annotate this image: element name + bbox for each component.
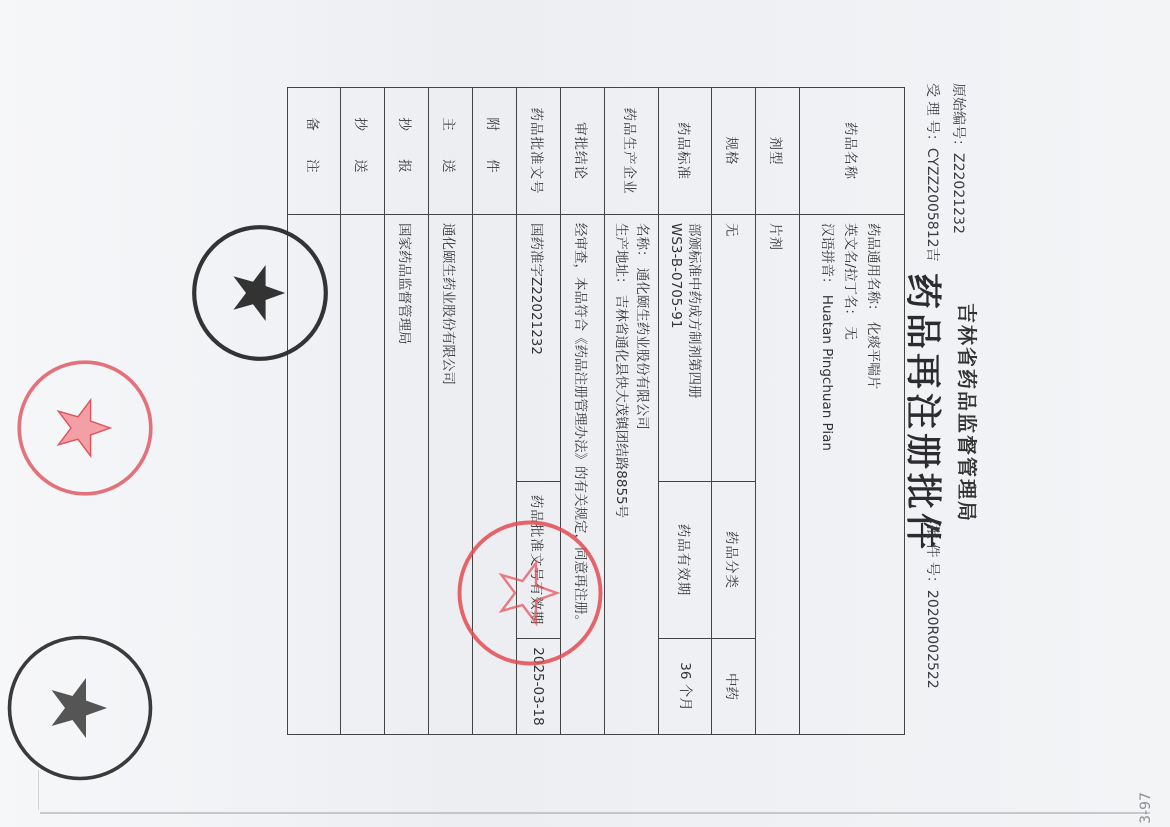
seal-star-icon xyxy=(455,518,605,668)
dosage-form-value: 片剂 xyxy=(756,215,800,735)
handwritten-margin-note: 3-97 xyxy=(1138,792,1154,824)
conclusion-label: 审批结论 xyxy=(561,88,605,215)
specification-label: 规格 xyxy=(712,88,756,215)
approval-doc-value: 国药准字Z22021232 xyxy=(517,215,561,482)
registration-approval-document: 吉林省药品监督管理局 药品再注册批件 原始编号：Z22021232 受 理 号：… xyxy=(135,63,1035,763)
approval-doc-label: 药品批准文号 xyxy=(517,88,561,215)
standard-value: 部颁标准中药成方制剂第四册 WS3-B-0705-91 xyxy=(659,215,712,482)
table-row-standard: 药品标准 部颁标准中药成方制剂第四册 WS3-B-0705-91 药品有效期 3… xyxy=(659,88,712,735)
table-row-report-to: 抄 报 国家药品监督管理局 xyxy=(385,88,429,735)
seal-star-icon-red xyxy=(15,358,155,498)
red-seal-company-2 xyxy=(455,518,605,668)
manufacturer-values: 名称： 通化颐生药业股份有限公司 生产地址： 吉林省通化县快大茂镇团结路8855… xyxy=(605,215,659,735)
table-row-dosage-form: 剂型 片剂 xyxy=(756,88,800,735)
black-seal-company xyxy=(190,223,330,363)
original-number: 原始编号：Z22021232 xyxy=(949,83,969,234)
table-row-copy-to: 抄 送 xyxy=(341,88,385,735)
scan-edge-line xyxy=(40,812,1150,814)
agency-approval-seal xyxy=(5,633,155,783)
main-recipient-label: 主 送 xyxy=(429,88,473,215)
category-label: 药品分类 xyxy=(712,482,756,639)
specification-value: 无 xyxy=(712,215,756,482)
attachment-label: 附 件 xyxy=(473,88,517,215)
table-row-manufacturer: 药品生产企业 名称： 通化颐生药业股份有限公司 生产地址： 吉林省通化县快大茂镇… xyxy=(605,88,659,735)
validity-label: 药品有效期 xyxy=(659,482,712,639)
drug-name-values: 药品通用名称： 化痰平喘片 英文名/拉丁名： 无 汉语拼音： Huatan Pi… xyxy=(800,215,905,735)
english-name: 英文名/拉丁名： 无 xyxy=(842,223,862,726)
category-value: 中药 xyxy=(712,639,756,735)
manufacturer-label: 药品生产企业 xyxy=(605,88,659,215)
dosage-form-label: 剂型 xyxy=(756,88,800,215)
report-to-value: 国家药品监督管理局 xyxy=(385,215,429,735)
table-row-specification: 规格 无 药品分类 中药 xyxy=(712,88,756,735)
generic-name: 药品通用名称： 化痰平喘片 xyxy=(865,223,885,726)
manufacturer-address: 生产地址： 吉林省通化县快大茂镇团结路8855号 xyxy=(612,223,630,726)
standard-label: 药品标准 xyxy=(659,88,712,215)
copy-to-value xyxy=(341,215,385,735)
manufacturer-name: 名称： 通化颐生药业股份有限公司 xyxy=(633,223,651,726)
acceptance-number: 受 理 号：CYZZ2005812吉 xyxy=(923,83,943,262)
remarks-label: 备 注 xyxy=(288,88,341,215)
table-row-drug-name: 药品名称 药品通用名称： 化痰平喘片 英文名/拉丁名： 无 汉语拼音： Huat… xyxy=(800,88,905,735)
pinyin-name: 汉语拼音： Huatan Pingchuan Pian xyxy=(819,223,839,726)
copy-to-label: 抄 送 xyxy=(341,88,385,215)
report-to-label: 抄 报 xyxy=(385,88,429,215)
red-seal-company-1 xyxy=(15,358,155,498)
drug-name-label: 药品名称 xyxy=(800,88,905,215)
validity-value: 36 个月 xyxy=(659,639,712,735)
approval-number: 批 件 号：2020R002522 xyxy=(923,525,943,689)
seal-star-icon-dark xyxy=(190,223,330,363)
table-row-remarks: 备 注 xyxy=(288,88,341,735)
seal-star-icon-agency xyxy=(5,633,155,783)
